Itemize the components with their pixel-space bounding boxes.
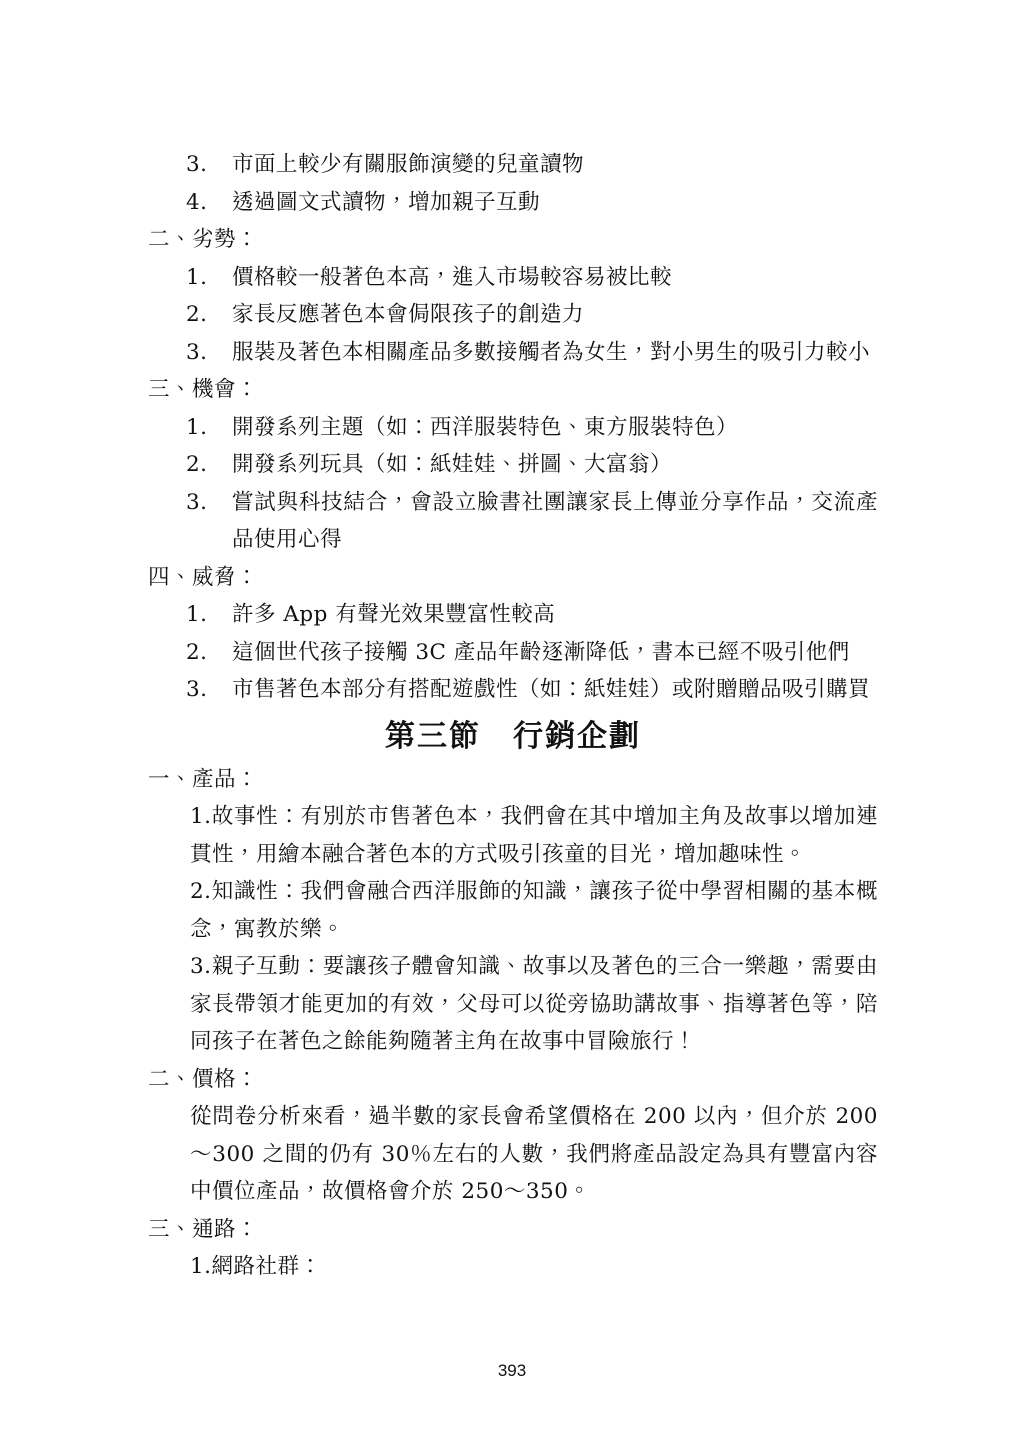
list-item: 3. 市面上較少有關服飾演變的兒童讀物: [148, 146, 878, 184]
section-heading-weaknesses: 二、劣勢：: [148, 221, 878, 259]
list-item-text: 開發系列主題（如：西洋服裝特色、東方服裝特色）: [232, 409, 878, 447]
list-item-number: 4.: [186, 184, 232, 222]
list-item-number: 3.: [186, 146, 232, 184]
list-item: 1. 開發系列主題（如：西洋服裝特色、東方服裝特色）: [148, 409, 878, 447]
list-item: 1. 許多 App 有聲光效果豐富性較高: [148, 596, 878, 634]
list-item: 3. 市售著色本部分有搭配遊戲性（如：紙娃娃）或附贈贈品吸引購買: [148, 671, 878, 709]
page-number: 393: [0, 1361, 1024, 1381]
section-heading-channel: 三、通路：: [148, 1211, 878, 1249]
document-page: 3. 市面上較少有關服飾演變的兒童讀物 4. 透過圖文式讀物，增加親子互動 二、…: [0, 0, 1024, 1448]
list-item-number: 1.: [186, 409, 232, 447]
list-item-text: 透過圖文式讀物，增加親子互動: [232, 184, 878, 222]
list-item-text: 家長反應著色本會侷限孩子的創造力: [232, 296, 878, 334]
list-item-number: 2.: [186, 446, 232, 484]
list-item-text: 服裝及著色本相關產品多數接觸者為女生，對小男生的吸引力較小: [232, 334, 878, 372]
list-item: 2. 家長反應著色本會侷限孩子的創造力: [148, 296, 878, 334]
list-item-text: 價格較一般著色本高，進入市場較容易被比較: [232, 259, 878, 297]
section-heading-product: 一、產品：: [148, 761, 878, 799]
list-item-number: 3.: [186, 484, 232, 559]
chapter-heading-marketing-plan: 第三節 行銷企劃: [148, 713, 878, 761]
section-heading-threats: 四、威脅：: [148, 559, 878, 597]
list-item-number: 2.: [186, 634, 232, 672]
list-item: 3. 嘗試與科技結合，會設立臉書社團讓家長上傳並分享作品，交流產品使用心得: [148, 484, 878, 559]
paragraph-price: 從問卷分析來看，過半數的家長會希望價格在 200 以內，但介於 200～300 …: [190, 1098, 878, 1211]
list-item: 2. 開發系列玩具（如：紙娃娃、拼圖、大富翁）: [148, 446, 878, 484]
list-item-text: 嘗試與科技結合，會設立臉書社團讓家長上傳並分享作品，交流產品使用心得: [232, 484, 878, 559]
list-item-number: 3.: [186, 671, 232, 709]
paragraph-story: 1.故事性：有別於市售著色本，我們會在其中增加主角及故事以增加連貫性，用繪本融合…: [190, 798, 878, 873]
paragraph-knowledge: 2.知識性：我們會融合西洋服飾的知識，讓孩子從中學習相關的基本概念，寓教於樂。: [190, 873, 878, 948]
list-item: 1. 價格較一般著色本高，進入市場較容易被比較: [148, 259, 878, 297]
list-item-text: 開發系列玩具（如：紙娃娃、拼圖、大富翁）: [232, 446, 878, 484]
list-item-text: 市面上較少有關服飾演變的兒童讀物: [232, 146, 878, 184]
list-item-number: 1.: [186, 259, 232, 297]
list-item-number: 1.: [186, 596, 232, 634]
section-heading-price: 二、價格：: [148, 1061, 878, 1099]
paragraph-parent-child: 3.親子互動：要讓孩子體會知識、故事以及著色的三合一樂趣，需要由家長帶領才能更加…: [190, 948, 878, 1061]
list-item: 4. 透過圖文式讀物，增加親子互動: [148, 184, 878, 222]
list-item: 2. 這個世代孩子接觸 3C 產品年齡逐漸降低，書本已經不吸引他們: [148, 634, 878, 672]
section-heading-opportunities: 三、機會：: [148, 371, 878, 409]
document-body: 3. 市面上較少有關服飾演變的兒童讀物 4. 透過圖文式讀物，增加親子互動 二、…: [148, 146, 878, 1286]
list-item-text: 許多 App 有聲光效果豐富性較高: [232, 596, 878, 634]
list-item-text: 這個世代孩子接觸 3C 產品年齡逐漸降低，書本已經不吸引他們: [232, 634, 878, 672]
list-item: 3. 服裝及著色本相關產品多數接觸者為女生，對小男生的吸引力較小: [148, 334, 878, 372]
list-item-text: 市售著色本部分有搭配遊戲性（如：紙娃娃）或附贈贈品吸引購買: [232, 671, 878, 709]
paragraph-online-community: 1.網路社群：: [190, 1248, 878, 1286]
list-item-number: 2.: [186, 296, 232, 334]
list-item-number: 3.: [186, 334, 232, 372]
